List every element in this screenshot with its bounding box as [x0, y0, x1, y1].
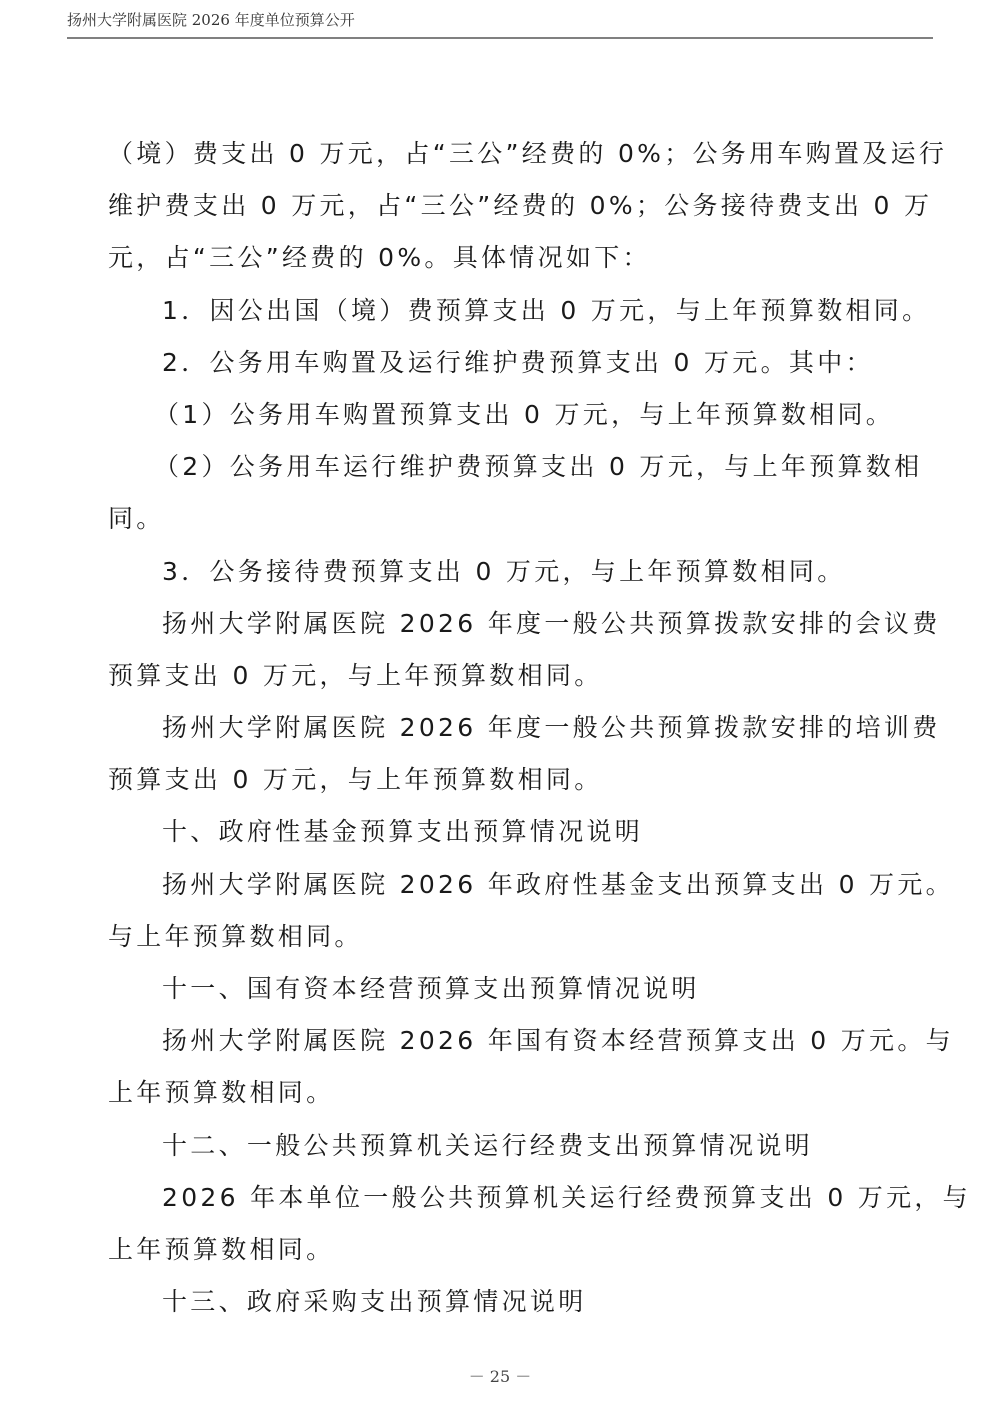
page-number: － 25 － — [0, 1364, 1000, 1387]
list-item-3: 3．公务接待费预算支出 0 万元，与上年预算数相同。 — [108, 546, 898, 598]
body-line: 与上年预算数相同。 — [108, 911, 898, 963]
body-line: 同。 — [108, 493, 898, 545]
body-line: 预算支出 0 万元，与上年预算数相同。 — [108, 650, 898, 702]
paragraph-gov-fund: 扬州大学附属医院 2026 年政府性基金支出预算支出 0 万元。 — [108, 859, 898, 911]
document-body: （境）费支出 0 万元，占“三公”经费的 0%；公务用车购置及运行 维护费支出 … — [108, 128, 898, 1328]
paragraph-state-capital: 扬州大学附属医院 2026 年国有资本经营预算支出 0 万元。与 — [108, 1015, 898, 1067]
section-heading-11: 十一、国有资本经营预算支出预算情况说明 — [108, 963, 898, 1015]
paragraph-operating-cost: 2026 年本单位一般公共预算机关运行经费预算支出 0 万元，与 — [108, 1172, 898, 1224]
body-line: 维护费支出 0 万元，占“三公”经费的 0%；公务接待费支出 0 万 — [108, 180, 898, 232]
sub-item-1: （1）公务用车购置预算支出 0 万元，与上年预算数相同。 — [108, 389, 898, 441]
section-heading-13: 十三、政府采购支出预算情况说明 — [108, 1276, 898, 1328]
list-item-2: 2．公务用车购置及运行维护费预算支出 0 万元。其中： — [108, 337, 898, 389]
body-line: 上年预算数相同。 — [108, 1067, 898, 1119]
sub-item-2: （2）公务用车运行维护费预算支出 0 万元，与上年预算数相 — [108, 441, 898, 493]
section-heading-12: 十二、一般公共预算机关运行经费支出预算情况说明 — [108, 1120, 898, 1172]
body-line: 预算支出 0 万元，与上年预算数相同。 — [108, 754, 898, 806]
list-item-1: 1．因公出国（境）费预算支出 0 万元，与上年预算数相同。 — [108, 285, 898, 337]
body-line: 上年预算数相同。 — [108, 1224, 898, 1276]
paragraph-meeting-fee: 扬州大学附属医院 2026 年度一般公共预算拨款安排的会议费 — [108, 598, 898, 650]
paragraph-training-fee: 扬州大学附属医院 2026 年度一般公共预算拨款安排的培训费 — [108, 702, 898, 754]
section-heading-10: 十、政府性基金预算支出预算情况说明 — [108, 806, 898, 858]
body-line: 元，占“三公”经费的 0%。具体情况如下： — [108, 232, 898, 284]
running-header-title: 扬州大学附属医院 2026 年度单位预算公开 — [67, 9, 933, 31]
body-line: （境）费支出 0 万元，占“三公”经费的 0%；公务用车购置及运行 — [108, 128, 898, 180]
header-divider — [67, 37, 933, 39]
